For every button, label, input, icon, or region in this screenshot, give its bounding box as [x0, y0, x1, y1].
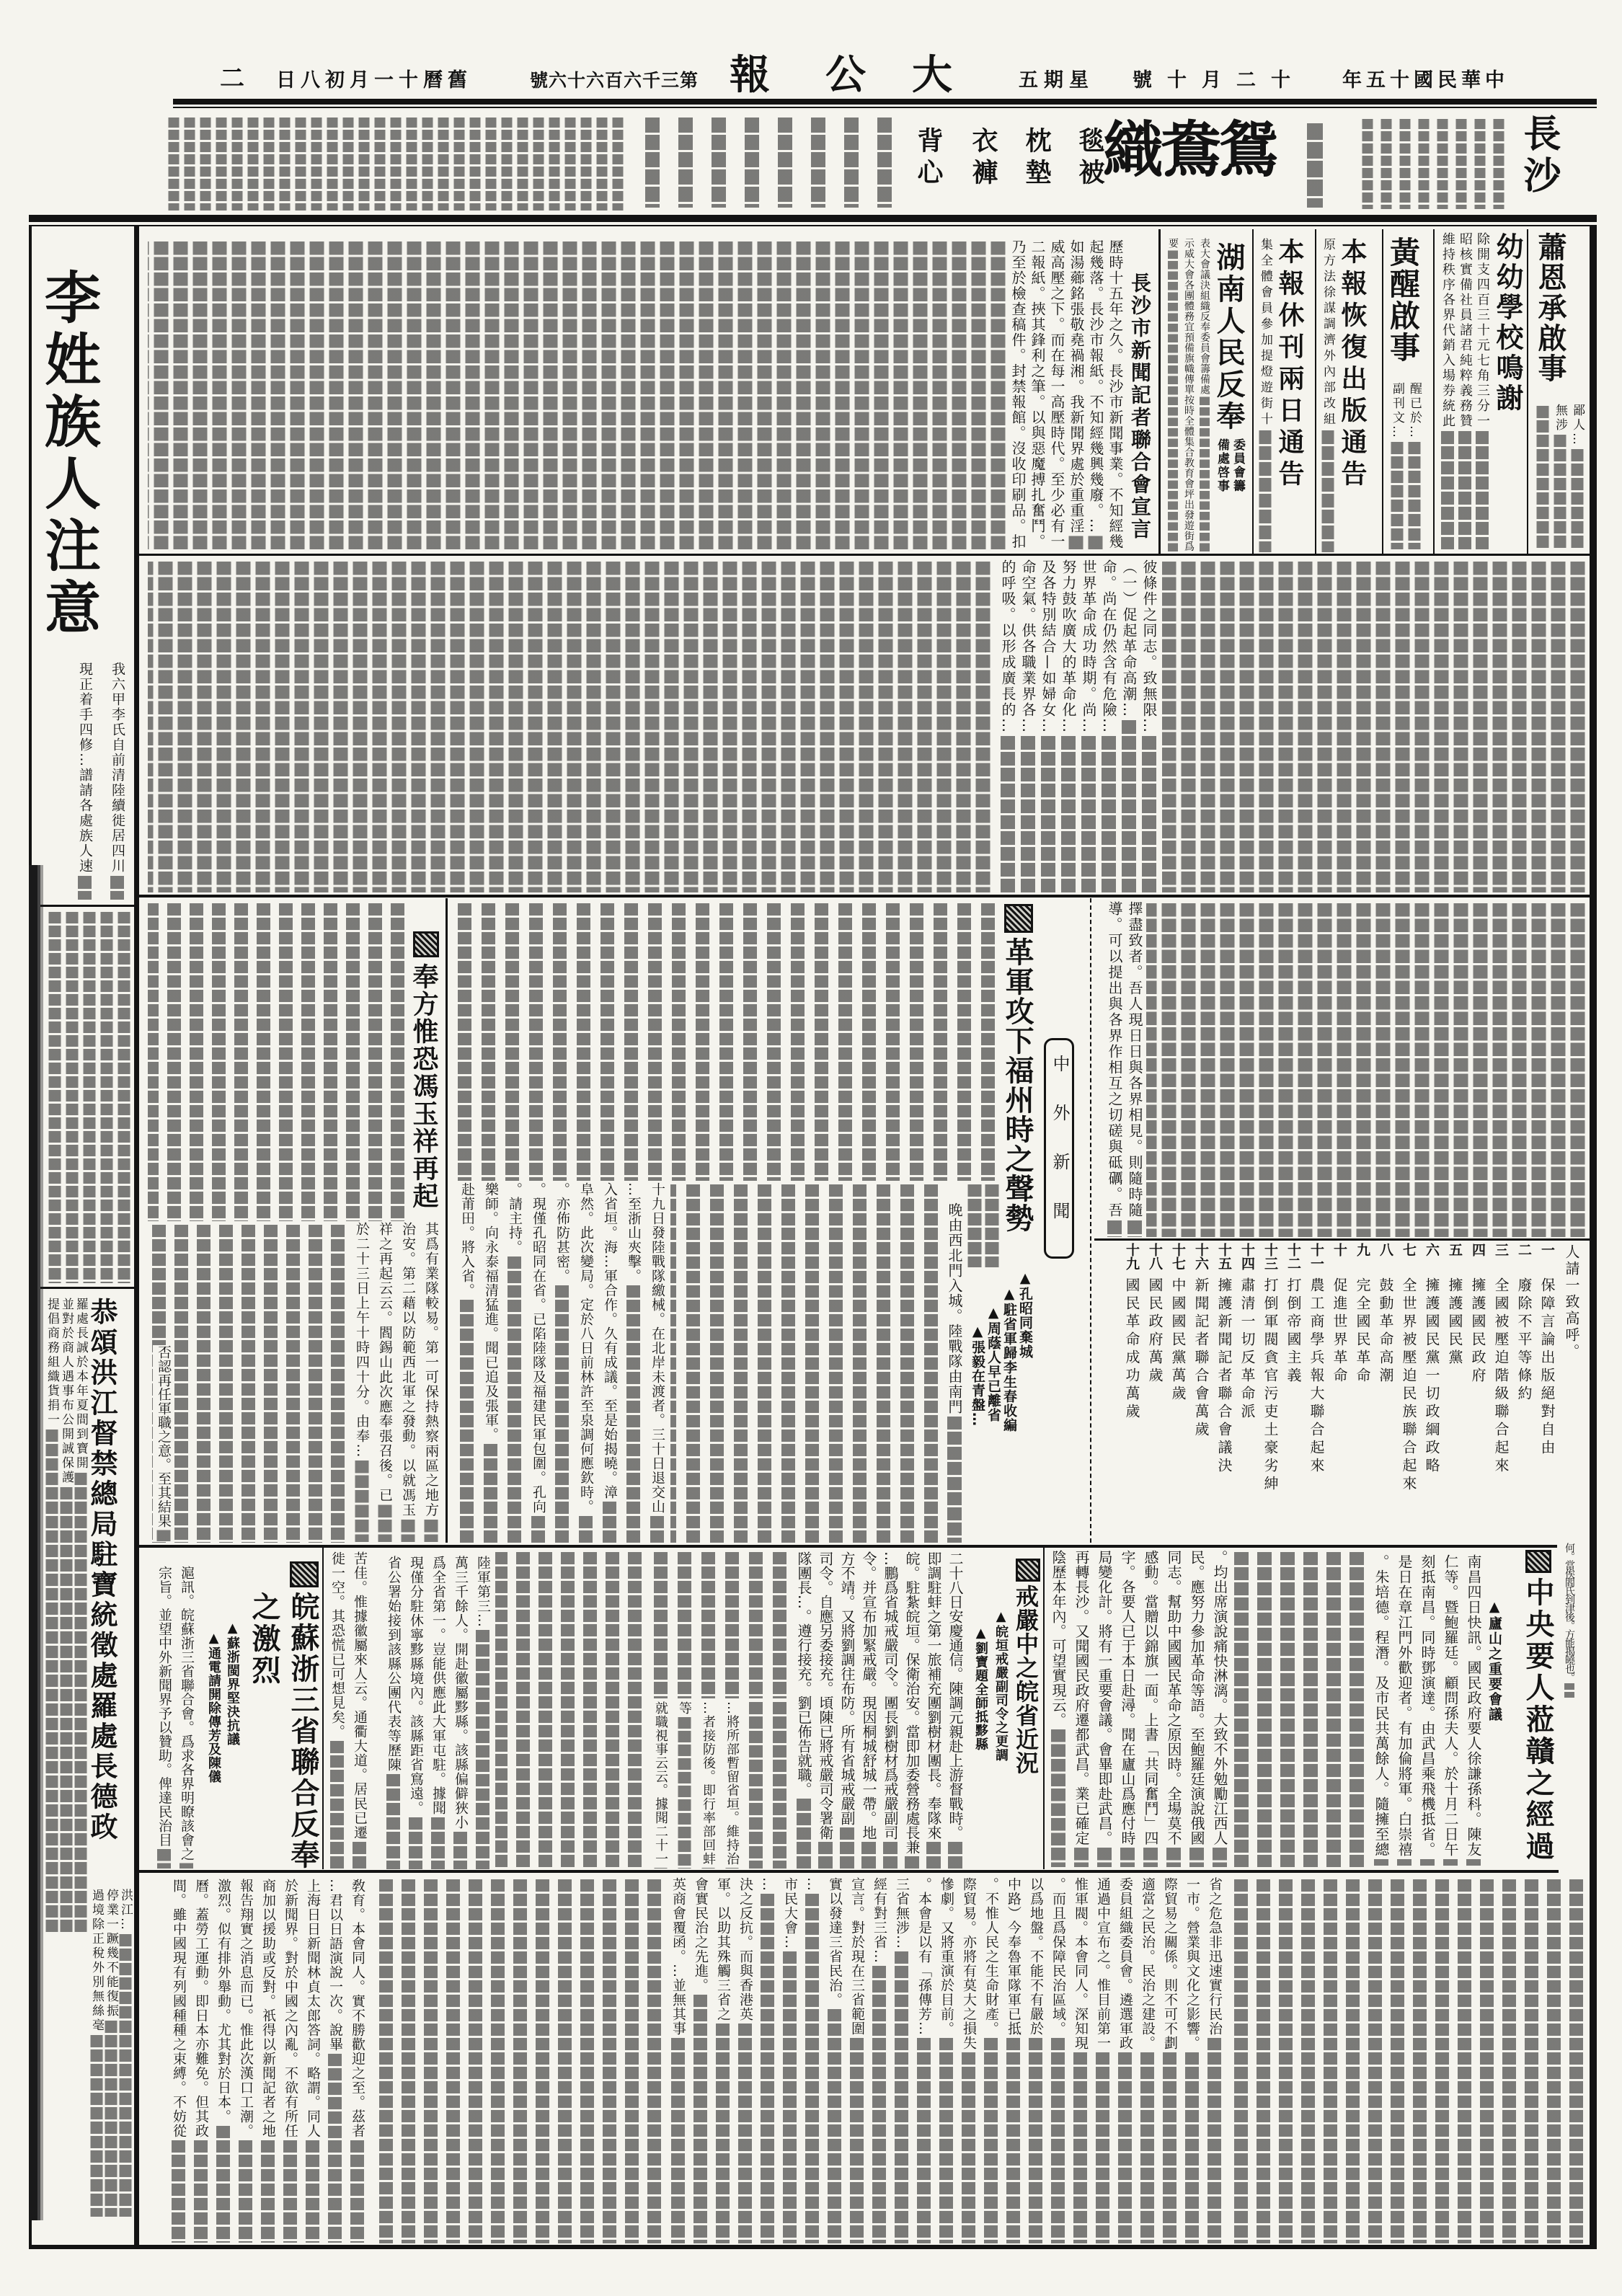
text-column: 過境除正稅外別無絲毫: [89, 1889, 104, 2217]
text-line: 我六甲李氏自前清陸續徙居四川: [110, 662, 125, 874]
slogan-text: 完全國民革命: [1354, 1277, 1371, 1386]
text-line: 。朱培德。程潛。及市民共萬餘人。隨擁至總: [1373, 1554, 1390, 1857]
text-line: 及各特別結合—如婦女…: [1040, 559, 1057, 734]
text-column: 令。并宣布加緊戒嚴。現因桐城舒城一帶。地: [858, 1551, 879, 1869]
illegible-ad-text: [164, 115, 626, 210]
text-column: 命。尚在仍然含有危險…: [1099, 559, 1119, 892]
section-label: 中外新聞: [1050, 1055, 1070, 1251]
text-column: 維持秩序各界代銷入場券統此: [1439, 232, 1456, 549]
text-column: 威高壓之下。而在每一高壓時代。至少必有一: [1047, 239, 1066, 551]
text-column: （一）促起革命高潮…: [1119, 559, 1139, 892]
text-column: …鵬爲省城戒嚴司令。團長劉樹材爲戒嚴副司: [879, 1551, 901, 1869]
text-column: 陰歷本年內。可望實現云。: [1047, 1550, 1070, 1867]
text-column: 示威大會各團體務宜預備旗幟傳單按時全體集合教育會坪出發遊街爲要: [1165, 238, 1197, 555]
text-line: 英商會覆函。…並無其事: [670, 1877, 686, 2036]
text-line: 際貿易。亦將有莫大之損失: [961, 1877, 977, 2050]
text-line: …者接防後。即行率部回蚌等: [677, 1701, 716, 1866]
text-line: 於二十三日上午十時四十分。由奉…: [354, 1222, 370, 1458]
illegible-text-columns: [1234, 1550, 1368, 1867]
month-day: 十二月十號: [1133, 71, 1306, 90]
text-column: 以爲地盤。不能不有嚴於: [1024, 1877, 1047, 2243]
text-column: 。本會是以有「孫傳芳…: [913, 1877, 935, 2243]
illegible-text-columns: [670, 1182, 943, 1543]
slogan-text: 促進世界革命: [1331, 1277, 1348, 1386]
text-line: 集全體會員參加提燈遊街十: [1258, 238, 1272, 428]
slogan-number: 五: [1446, 1243, 1463, 1256]
text-column: 徙一空。其恐慌已可想見矣。: [326, 1551, 348, 1869]
three-provinces-headline-end: 之激烈: [249, 1592, 278, 1687]
column-divider-dashed: [1090, 898, 1091, 1543]
text-line: 陰歷本年內。可望實現云。: [1050, 1550, 1067, 1727]
slogan-number: 十七: [1169, 1243, 1187, 1270]
ad-product: 衣褲: [970, 127, 996, 190]
text-column: 陸軍第三…: [471, 1556, 494, 1869]
slogan-text: 擁護新聞記者聯合會議決: [1215, 1277, 1233, 1476]
notice-body: 醒已於… 副刊文…: [1388, 382, 1423, 549]
text-column: 羅處長誠於本年夏間到寶開: [74, 1298, 88, 1932]
slogan-number: 十六: [1192, 1243, 1210, 1270]
central-leaders-subhead: ▲廬山之重要會議: [1487, 1599, 1501, 1722]
text-column: 通過中宣布之。惟目前第一: [1091, 1877, 1114, 2243]
text-line: 以爲地盤。不能不有嚴於: [1028, 1877, 1044, 2036]
notice-body: 鄙人… 無涉: [1534, 404, 1586, 548]
slogan-text: 農工商學兵報大聯合起來: [1308, 1277, 1325, 1476]
text-column: 於新聞界。對於中國之內亂。不欲有所任: [279, 1879, 301, 2243]
text-line: 敎育。本會同人。實不勝歡迎之至。茲者: [350, 1879, 365, 2138]
text-column: 及各特別結合—如婦女…: [1038, 559, 1058, 892]
text-column: 滬訊。皖蘇浙三省聯合會。爲求各界明瞭該會之: [175, 1566, 198, 1869]
text-column: 際貿易。亦將有莫大之損失: [957, 1877, 980, 2243]
text-line: 仁等。暨鮑羅廷。顧問孫夫人。於十月二日午: [1442, 1554, 1459, 1857]
text-column: 激烈。似有排外舉動。尤其對於日本。: [212, 1879, 234, 2243]
text-line: 惟軍閥。本會同人。深知現: [1073, 1877, 1089, 2050]
text-line: 原方法徐謀調濟外內部改組: [1321, 238, 1335, 428]
ad-band-rule-thin: [29, 225, 1597, 226]
text-line: …至浙山夾擊。: [626, 1182, 642, 1283]
text-column: 感動。當贈以錦旗一面。上書「共同奮鬥」四: [1139, 1550, 1162, 1867]
slogan-number: 七: [1400, 1243, 1417, 1256]
illegible-text-columns: [495, 1550, 646, 1869]
text-column: 提倡商務組織貨捐一: [45, 1298, 59, 1932]
fengtian-body: 其爲有業隊較易。第一可保持熱察兩區之地方 治安。第二藉以防範西北軍之發動。以就馮…: [350, 1222, 443, 1542]
notice-separator: [1158, 229, 1161, 555]
text-line: 維持秩序各界代銷入場券統此: [1440, 232, 1455, 429]
text-line: 實以發達三省民治。: [827, 1877, 843, 2007]
notice-title: 黃醒啟事: [1388, 236, 1418, 363]
illegible-ad-text: [1360, 117, 1508, 209]
text-line: 激烈。似有排外舉動。尤其對於日本。: [216, 1879, 231, 2124]
text-line: …鵬爲省城戒嚴司令。團長劉樹材爲戒嚴副司: [882, 1551, 899, 1840]
weekday: 星期五: [1019, 71, 1094, 90]
slogan-text: 鼓動革命高潮: [1377, 1277, 1394, 1386]
anhui-subhead: ▲皖垣戒嚴副司令之更調: [994, 1609, 1007, 1762]
text-column: 實以發達三省民治。: [823, 1877, 846, 2243]
illegible-text-columns: [745, 1700, 792, 1869]
text-column: 否認再任軍職之意。至其結果如: [153, 1345, 174, 1541]
text-line: 宗旨。並望中外新聞界予以贊助。俾達民治目: [156, 1566, 172, 1847]
section-icon: [413, 931, 439, 957]
text-line: 的呼吸。以形成廣長的…: [999, 559, 1016, 734]
text-line: 。而且爲保障民治區域。: [1050, 1877, 1066, 2036]
text-line: 示威大會各團體務宜預備旗幟傳單按時全體集合教育會坪出發遊街爲要: [1167, 238, 1195, 551]
slogan-text: 擁護國民黨一切政綱政略: [1423, 1277, 1440, 1476]
slogan-text: 保障言論出版絕對自由: [1538, 1277, 1556, 1458]
text-column: 是日在章江門外歡迎者。有加倫將軍。白崇禧: [1393, 1554, 1416, 1866]
band-rule: [139, 895, 1590, 897]
text-column: 洪江…: [118, 1889, 133, 2217]
text-line: 中路）今奉魯軍隊軍已抵: [1006, 1877, 1021, 2036]
text-line: 徙一空。其恐慌已可想見矣。: [329, 1551, 345, 1739]
slogan-text: 全國被壓迫階級聯合起來: [1492, 1277, 1510, 1476]
manifesto-body-part1: 歷時十五年之久。長沙市新聞事業。不知經幾 起幾落。長沙市報紙。不知經幾興幾廢。……: [148, 239, 1125, 551]
text-line: 洪江…: [118, 1889, 133, 1932]
text-column: 其爲有業隊較易。第一可保持熱察兩區之地方: [420, 1222, 443, 1542]
slogan-number: 十三: [1262, 1243, 1279, 1270]
text-column: 的呼吸。以形成廣長的…: [998, 559, 1018, 892]
text-column: 局變化計。將有一重要會議。會畢即赴武昌。: [1093, 1550, 1116, 1867]
strip-divider: [32, 1287, 134, 1289]
three-provinces-subhead: ▲蘇浙閩界堅決抗議: [226, 1621, 239, 1746]
three-provinces-declaration: 省之危急非迅速實行民治 一市。營業與文化之影響。 際貿易之關係。則不可不劃 適當…: [667, 1877, 1226, 2243]
text-line: 上海日日新聞林貞太郎答詞。略謂。同人: [305, 1879, 321, 2138]
text-column: …: [756, 1877, 779, 2243]
text-line: 再轉長沙。又聞國民政府遷都武昌。業已確定: [1073, 1550, 1090, 1845]
text-column: 皖。駐紮皖垣。保衛治安。當即加委營務處長兼: [901, 1551, 923, 1869]
text-line: 祥之再起云云。閻錫山此次應奉張召後。已: [377, 1222, 393, 1503]
illegible-text-columns: [1162, 559, 1587, 892]
notice-separator: [1252, 229, 1254, 554]
text-line: 威高壓之下。而在每一高壓時代。至少必有一: [1048, 239, 1065, 549]
illegible-text-columns: [1146, 901, 1587, 1237]
anhui-body: 陸軍第三… 萬三千餘人。開赴徽屬黟縣。該縣偏僻狹小 爲全省第一。豈能供應此大軍屯…: [382, 1556, 494, 1869]
text-column: 萬三千餘人。開赴徽屬黟縣。該縣偏僻狹小: [449, 1556, 471, 1869]
notice-title: 幼幼學校鳴謝: [1494, 232, 1521, 414]
text-line: 停業一蹶幾不能復振: [104, 1889, 118, 2018]
anhui-body: 二十八日安慶通信。陳調元親赴上游督戰時。 即調駐蚌之第一旅補充團劉樹材團長。奉隊…: [793, 1551, 966, 1869]
text-line: 起幾落。長沙市報紙。不知經幾興幾廢。…: [1087, 239, 1104, 534]
anhui-subhead: ▲劉寶題全師抵黟縣: [974, 1626, 987, 1751]
ad-product: 枕墊: [1024, 127, 1050, 190]
illegible-ad-text: [1301, 121, 1329, 208]
text-column: 擇盡致者。吾人現日日與各界相見。則隨時隨: [1125, 901, 1145, 1237]
text-column: 鄙人…: [1569, 404, 1586, 548]
text-line: 赴莆田。將入省。: [459, 1182, 475, 1298]
li-clan-title: 李姓族人注意: [40, 268, 96, 640]
text-line: 十九日發陸戰隊繳械。在北岸未渡者。三十日退交山: [650, 1182, 665, 1514]
slogan-number: 十四: [1238, 1243, 1256, 1270]
text-column: 晚由西北門入城。陸戰隊由南門: [943, 1202, 966, 1543]
left-strip-border: [134, 226, 139, 2248]
text-column: 彼條件之同志。致無限…: [1139, 559, 1159, 892]
text-line: 二報紙。挾其鋒利之筆。以與惡魔搏扎奮鬥。: [1029, 239, 1046, 549]
slogan-text: 擁護國民政府: [1469, 1277, 1486, 1386]
text-column: 慘劇。又將重演於目前。: [935, 1877, 957, 2243]
slogan-number: 四: [1469, 1243, 1486, 1256]
slogan-number: 六: [1423, 1243, 1440, 1256]
text-column: 再轉長沙。又聞國民政府遷都武昌。業已確定: [1070, 1550, 1093, 1867]
tier-rule: [139, 554, 1590, 556]
text-column: 二十八日安慶通信。陳調元親赴上游督戰時。: [944, 1551, 966, 1869]
text-line: 即調駐蚌之第一旅補充團劉樹材團長。奉隊來: [925, 1551, 942, 1840]
text-column: 。亦佈防甚密。: [550, 1182, 574, 1543]
text-column: 際貿易之關係。則不可不劃: [1158, 1877, 1181, 2243]
text-column: 導。可以提出與各界作相互之切磋與砥礪。吾: [1104, 901, 1125, 1237]
hongjiang-title: 恭頌洪江督禁總局駐寶統徵處羅處長德政: [88, 1298, 115, 1843]
text-line: 其爲有業隊較易。第一可保持熱察兩區之地方: [423, 1222, 439, 1517]
text-line: 刻抵南昌。同時鄧演達。由武昌乘飛機抵省。: [1419, 1554, 1436, 1857]
fuzhou-headline: 革軍攻下福州時之聲勢: [1003, 937, 1032, 1233]
ad-band-rule: [29, 215, 1597, 222]
text-line: 否認再任軍職之意。至其結果如: [153, 1345, 172, 1528]
section-icon: [1016, 1559, 1040, 1582]
text-line: 會實民治之先進。: [693, 1877, 709, 1993]
masthead-title-char: 報: [730, 55, 770, 95]
column-divider: [322, 1548, 324, 1869]
text-line: 醒已於…: [1407, 382, 1422, 440]
text-line: 司令。自應另委接充。頃陳已將戒嚴司令署衛: [817, 1551, 834, 1840]
text-line: 經有對三省…: [872, 1877, 887, 1964]
issue-number: 第三千六百六十六號: [530, 71, 699, 89]
fengtian-fragment: 否認再任軍職之意。至其結果如: [153, 1345, 174, 1541]
text-column: 委員組織委員會。遴選軍政: [1114, 1877, 1136, 2243]
text-line: 間。雖中國現有列國種種之束縛。不妨從: [171, 1879, 187, 2138]
text-column: 赴莆田。將入省。: [455, 1182, 479, 1543]
text-line: 努力鼓吹廣大的革命化…: [1060, 559, 1077, 734]
text-line: 。現僅孔昭同在省。已陷陸隊及福建民軍包圍。孔向: [531, 1182, 546, 1514]
text-line: 字。各要人已于本日赴潯。聞在廬山爲應付時: [1119, 1550, 1136, 1845]
fengtian-headline: 奉方惟恐馮玉祥再起: [411, 963, 437, 1210]
illegible-text-columns: [451, 901, 1000, 1181]
three-provinces-subhead: ▲通電請開除傳芳及陳儀: [207, 1631, 220, 1783]
republic-year: 中華民國十五年: [1342, 71, 1509, 90]
text-line: 鄙人…: [1570, 404, 1585, 447]
text-line: 樂師。向永泰福清猛進。聞已追及張軍。: [483, 1182, 499, 1442]
notice-title: 湖南人民反奉: [1214, 242, 1243, 433]
slogan-text: 廢除不平等條約: [1515, 1277, 1533, 1404]
text-column: 命空氣。供各職業界各…: [1018, 559, 1038, 892]
text-line: 副刊文…: [1390, 382, 1404, 440]
section-icon: [290, 1561, 319, 1587]
slogan-number: 十一: [1308, 1243, 1325, 1270]
text-column: 曆。蓋勞工運動。即日本亦難免。但其政: [190, 1879, 212, 2243]
illegible-text-columns: [371, 1877, 665, 2243]
strip-divider: [32, 905, 134, 907]
text-column: 字。各要人已于本日赴潯。聞在廬山爲應付時: [1116, 1550, 1139, 1867]
text-line: 省公署始接到該縣公團代表等歷陳: [386, 1556, 402, 1772]
text-column: …: [801, 1877, 823, 2243]
text-column: 。而且爲保障民治區域。: [1047, 1877, 1069, 2243]
text-line: …: [805, 1877, 820, 1892]
three-provinces-body: 滬訊。皖蘇浙三省聯合會。爲求各界明瞭該會之 宗旨。並望中外新聞界予以贊助。俾達民…: [153, 1566, 198, 1869]
text-column: 乃至於檢查稿件。封禁報館。沒收印刷品。扣: [1008, 239, 1027, 551]
hongjiang-body: 洪江… 停業一蹶幾不能復振 過境除正稅外別無絲毫: [89, 1889, 133, 2217]
text-column: 副刊文…: [1388, 382, 1406, 549]
text-line: 晚由西北門入城。陸戰隊由南門: [946, 1202, 963, 1414]
text-line: 際貿易之關係。則不可不劃: [1162, 1877, 1178, 2050]
illegible-text-columns: [148, 1223, 349, 1543]
text-column: …後日當可到省。陳調元赴: [647, 1701, 649, 1869]
text-line: 提倡商務組織貨捐一: [45, 1298, 59, 1427]
li-clan-body: 我六甲李氏自前清陸續徙居四川 現正着手四修…譜請各處族人速: [68, 662, 133, 900]
text-column: 報告翔實之消息而已。惟此次漢口工潮。: [234, 1879, 257, 2243]
ad-changsha-label: 長沙: [1520, 114, 1557, 198]
text-column: …者接防後。即行率部回蚌等: [673, 1701, 720, 1869]
text-line: 隊團長…。遵行接充。劉已佈告就職。: [795, 1551, 812, 1796]
text-line: 導。可以提出與各界作相互之切磋與砥礪。吾: [1106, 901, 1123, 1218]
text-column: 歷時十五年之久。長沙市新聞事業。不知經幾: [1105, 239, 1125, 551]
slogan-number: 十二: [1285, 1243, 1302, 1270]
text-line: 宣言。對於現在三省範圍: [849, 1877, 865, 2036]
text-column: 。請主持。: [502, 1182, 526, 1543]
text-column: 刻抵南昌。同時鄧演達。由武昌乘飛機抵省。: [1416, 1554, 1439, 1866]
text-column: 會實民治之先進。: [689, 1877, 712, 2243]
text-line: 表大會議決組織反奉委員會籌備處: [1199, 238, 1210, 395]
section-label-box: 中外新聞: [1044, 1038, 1074, 1259]
text-line: 昭核實備社員諸君純粹義務贊: [1458, 232, 1473, 429]
masthead-title-char: 公: [825, 55, 866, 95]
slogan-number: 一: [1538, 1243, 1556, 1256]
text-line: 省之危急非迅速實行民治: [1207, 1877, 1223, 2036]
text-line: 爲全省第一。豈能供應此大軍屯駐。據聞: [430, 1556, 446, 1815]
text-column: 停業一蹶幾不能復振: [104, 1889, 118, 2217]
text-column: 仁等。暨鮑羅廷。顧問孫夫人。於十月二日午: [1439, 1554, 1462, 1866]
band-rule: [139, 1545, 1557, 1548]
anhui-body: …將所部暫留省垣。維持治 …者接防後。即行率部回蚌等 就職視事云云。據聞二十一 …: [647, 1701, 744, 1869]
tier-rule: [139, 1870, 1559, 1873]
notice-title: 本報休刊兩日通告: [1277, 238, 1303, 492]
text-line: 何。當俟閻氏到津後。方能揭曉也。: [1564, 1543, 1575, 1681]
illegible-text-columns: [148, 901, 409, 1221]
text-column: 一市。營業與文化之影響。: [1181, 1877, 1203, 2243]
text-line: 現僅分駐休寧黟縣境內。該縣距省窵遠。: [408, 1556, 424, 1815]
text-line: 令。并宣布加緊戒嚴。現因桐城舒城一帶。地: [860, 1551, 877, 1840]
text-line: 滬訊。皖蘇浙三省聯合會。爲求各界明瞭該會之: [179, 1566, 195, 1861]
masthead-rule: [173, 99, 1597, 105]
text-column: 醒已於…: [1406, 382, 1423, 549]
slogan-text: 全世界被壓迫民族聯合起來: [1400, 1277, 1417, 1494]
slogan-number: 二: [1515, 1243, 1533, 1256]
text-column: 中路）今奉魯軍隊軍已抵: [1002, 1877, 1024, 2243]
text-column: 努力鼓吹廣大的革命化…: [1058, 559, 1078, 892]
slogans-rule: [1094, 1238, 1590, 1241]
notice-body: 集全體會員參加提燈遊街十: [1257, 238, 1274, 552]
text-column: 二報紙。挾其鋒利之筆。以與惡魔搏扎奮鬥。: [1027, 239, 1047, 551]
text-column: 民。應努力參加革命等語。至鮑羅廷演說俄國: [1185, 1550, 1208, 1867]
text-line: …君以日語演說一次。說畢: [327, 1879, 343, 2052]
notice-body: 除開支四百三十元七角三分一 昭核實備社員諸君純粹義務贊 維持秩序各界代銷入場券統…: [1439, 232, 1491, 549]
slogan-number: 十八: [1146, 1243, 1164, 1270]
manifesto-title: 長沙市新聞記者聯合會宣言: [1130, 272, 1150, 541]
text-column: 惟軍閥。本會同人。深知現: [1069, 1877, 1091, 2243]
notice-body: 原方法徐謀調濟外內部改組: [1319, 238, 1337, 552]
fuzhou-subhead: ▲周蔭人早已離省: [986, 1305, 1000, 1422]
illegible-text-columns: [45, 910, 133, 1283]
illegible-text-columns: [647, 1550, 792, 1698]
text-line: 世界革命成功時期。尚…: [1080, 559, 1097, 734]
slogan-number: 九: [1354, 1243, 1371, 1256]
notice-subtitle: 委員會籌備處啓事: [1214, 438, 1246, 499]
central-leaders-body: 。均出席演說痛快淋漓。大致不外勉勵江西人 民。應努力參加革命等語。至鮑羅廷演說俄…: [1045, 1550, 1231, 1867]
hongjiang-body: 羅處長誠於本年夏間到寶開 並對於商人遇事布公開誠保護 提倡商務組織貨捐一: [45, 1298, 88, 1932]
text-column: 經有對三省…: [868, 1877, 890, 2243]
text-column: 同志。幫助中國國民革命之原因時。全場莫不: [1162, 1550, 1185, 1867]
notice-separator: [1433, 229, 1435, 554]
text-column: 治安。第二藉以防範西北軍之發動。以就馮玉: [396, 1222, 420, 1542]
text-line: 曆。蓋勞工運動。即日本亦難免。但其政: [193, 1879, 209, 2138]
text-column: 隊團長…。遵行接充。劉已佈告就職。: [793, 1551, 815, 1869]
text-column: 就職視事云云。據聞二十一: [649, 1701, 673, 1869]
slogan-number: 十: [1331, 1243, 1348, 1256]
text-line: 感動。當贈以錦旗一面。上書「共同奮鬥」四: [1142, 1550, 1159, 1845]
manifesto-body-part2: 彼條件之同志。致無限… （一）促起革命高潮… 命。尚在仍然含有危險… 世界革命成…: [995, 559, 1159, 892]
text-line: 適當之民治。民治之建設。: [1140, 1877, 1156, 2050]
slogan-text: 打倒帝國主義: [1285, 1277, 1302, 1386]
fuzhou-subhead: ▲駐省軍歸李生春收編: [1002, 1286, 1016, 1432]
text-line: …: [760, 1877, 776, 1892]
japanese-press-body: 敎育。本會同人。實不勝歡迎之至。茲者 …君以日語演說一次。說畢 上海日日新聞林貞…: [167, 1879, 368, 2243]
central-leaders-body: 南昌四日快訊。國民政府要人徐謙孫科。陳友 仁等。暨鮑羅廷。顧問孫夫人。於十月二日…: [1370, 1554, 1485, 1866]
text-line: 通過中宣布之。惟目前第一: [1095, 1877, 1111, 2050]
text-column: 於二十三日上午十時四十分。由奉…: [350, 1222, 373, 1542]
text-line: 二十八日安慶通信。陳調元親赴上游督戰時。: [947, 1551, 964, 1840]
newspaper-page: 二 舊曆十一月初八日 第三千六百六十六號 報 公 大 星期五 十二月十號 中華民…: [0, 0, 1622, 2296]
text-line: 。不惟人民之生命財產。: [983, 1877, 999, 2036]
text-line: 方不靖。又將劉調往布防。所有省城戒嚴副: [838, 1551, 856, 1825]
text-column: …君以日語演說一次。說畢: [324, 1879, 346, 2243]
three-provinces-headline: 皖蘇浙三省聯合反奉: [288, 1592, 317, 1871]
fuzhou-body: 十九日發陸戰隊繳械。在北岸未渡者。三十日退交山 …至浙山夾擊。 入省垣。海…軍合…: [453, 1182, 669, 1543]
text-column: 適當之民治。民治之建設。: [1136, 1877, 1158, 2243]
text-line: 商加以援助或反對。祇得以新聞記者之地: [260, 1879, 276, 2138]
text-column: 祥之再起云云。閻錫山此次應奉張召後。已: [373, 1222, 396, 1542]
text-line: （一）促起革命高潮…: [1120, 559, 1138, 718]
notice-separator: [1382, 229, 1383, 554]
text-column: 我六甲李氏自前清陸續徙居四川: [101, 662, 133, 900]
slogan-number: 十五: [1215, 1243, 1233, 1270]
text-line: 羅處長誠於本年夏間到寶開: [74, 1298, 88, 1471]
ad-product: 背心: [916, 127, 941, 190]
text-column: 現僅分駐休寧黟縣境內。該縣距省窵遠。: [404, 1556, 427, 1869]
text-line: 。均出席演說痛快淋漓。大致不外勉勵江西人: [1211, 1550, 1228, 1845]
anhui-body: 苦佳。惟據徽屬來人云。通衢大道。居民已遷 徙一空。其恐慌已可想見矣。: [326, 1551, 371, 1869]
text-line: 民。應努力參加革命等語。至鮑羅廷演說俄國: [1188, 1550, 1205, 1845]
text-line: 乃至於檢查稿件。封禁報館。沒收印刷品。扣: [1009, 239, 1027, 549]
notice-separator: [1315, 229, 1316, 554]
text-column: 即調駐蚌之第一旅補充團劉樹材團長。奉隊來: [923, 1551, 944, 1869]
text-line: 命。尚在仍然含有危險…: [1100, 559, 1117, 734]
slogan-number: 十九: [1123, 1243, 1140, 1270]
text-column: 敎育。本會同人。實不勝歡迎之至。茲者: [346, 1879, 368, 2243]
text-line: 擇盡致者。吾人現日日與各界相見。則隨時隨: [1126, 901, 1143, 1218]
text-column: 市民大會…: [779, 1877, 801, 2243]
text-line: 。亦佈防甚密。: [554, 1182, 570, 1283]
slogan-text: 打倒軍閥貪官污吏土豪劣紳: [1262, 1277, 1279, 1494]
text-line: 現正着手四修…譜請各處族人速: [77, 662, 93, 874]
text-column: 如湯薌銘張敬堯禍湘。我新聞界處於重重淫: [1066, 239, 1086, 551]
fuzhou-subhead: ▲張毅在青盤…: [970, 1324, 984, 1427]
text-column: 。均出席演說痛快淋漓。大致不外勉勵江西人: [1208, 1550, 1231, 1867]
text-line: 一市。營業與文化之影響。: [1184, 1877, 1200, 2050]
section-icon: [1004, 904, 1033, 933]
text-line: 決之反抗。而與香港英: [737, 1877, 753, 2021]
ad-product: 毯被: [1077, 127, 1103, 190]
column-divider: [446, 898, 448, 1543]
slogan-number: 三: [1492, 1243, 1510, 1256]
text-column: 三省無涉…: [890, 1877, 913, 2243]
text-line: 苦佳。惟據徽屬來人云。通衢大道。居民已遷: [352, 1551, 368, 1840]
notice-body: 表大會議決組織反奉委員會籌備處 示威大會各團體務宜預備旗幟傳單按時全體集合教育會…: [1165, 238, 1213, 555]
text-column: 軍。以助其殊觸三省之: [712, 1877, 734, 2243]
